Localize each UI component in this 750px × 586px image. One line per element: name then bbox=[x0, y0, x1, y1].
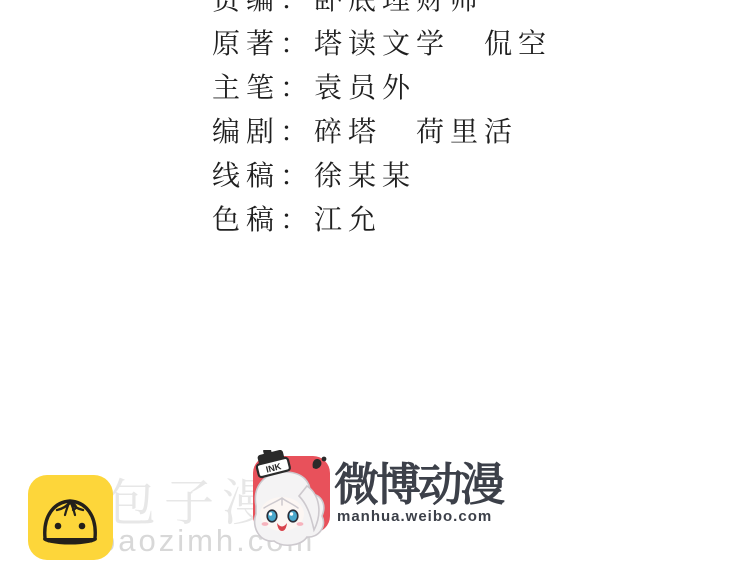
credit-line-coloring: 色稿：江允 bbox=[212, 205, 382, 235]
credit-line-lead-artist: 主笔：袁员外 bbox=[212, 73, 416, 103]
credit-line-original-work: 原著：塔读文学 侃空 bbox=[212, 29, 552, 59]
credit-line-line-art: 线稿：徐某某 bbox=[212, 161, 416, 191]
baozi-bun-icon bbox=[28, 475, 113, 560]
credit-line-editor: 责编：卧底理财师 bbox=[212, 0, 484, 15]
baozi-bun-icon-svg bbox=[28, 475, 113, 560]
publisher-name: 微博动漫 bbox=[334, 461, 502, 509]
weibo-dongman-icon-svg: INK bbox=[243, 450, 335, 550]
comic-credits-page: 责编：卧底理财师 原著：塔读文学 侃空 主笔：袁员外 编剧：碎塔 荷里活 线稿：… bbox=[0, 0, 750, 586]
credit-line-screenwriter: 编剧：碎塔 荷里活 bbox=[212, 117, 518, 147]
publisher-domain: manhua.weibo.com bbox=[337, 508, 492, 525]
weibo-dongman-ink-girl-icon: INK bbox=[243, 450, 335, 550]
